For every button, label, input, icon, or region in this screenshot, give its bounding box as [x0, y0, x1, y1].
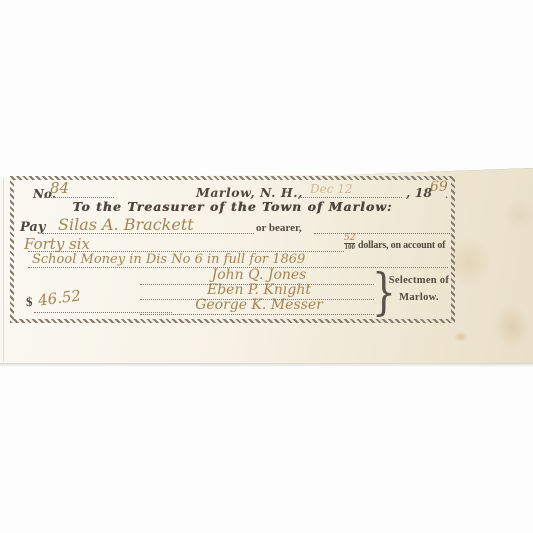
signature-handwritten-1: John Q. Jones	[144, 267, 374, 283]
dollars-account-label: dollars, on account of	[358, 240, 445, 251]
dollar-sign: $	[26, 294, 33, 310]
bearer-label: or bearer,	[256, 222, 302, 234]
paper-top-edge	[344, 166, 533, 175]
number-handwritten-value: 84	[50, 179, 69, 197]
town-order-document: No. 84 Marlow, N. H., Dec 12 , 18 69 . T…	[10, 176, 455, 323]
paper-stain	[451, 330, 471, 344]
account-handwritten-line: School Money in Dis No 6 in full for 186…	[32, 252, 305, 267]
date-dotted-rule	[298, 196, 402, 198]
cents-denominator-printed: 100	[344, 243, 355, 251]
scanned-image-canvas: No. 84 Marlow, N. H., Dec 12 , 18 69 . T…	[0, 0, 533, 533]
amount-handwritten-value: 46.52	[37, 286, 82, 309]
signature-handwritten-3: George K. Messer	[144, 297, 374, 313]
cents-fraction: 52 100	[344, 234, 355, 251]
bearer-dotted-rule	[314, 232, 450, 234]
signature-dotted-rule	[140, 313, 374, 315]
paper-bottom-shadow	[0, 363, 533, 367]
salutation-line: To the Treasurer of the Town of Marlow:	[14, 199, 451, 214]
paper-stain	[488, 296, 533, 358]
selectmen-label-line1: Selectmen of	[386, 275, 452, 286]
place-label: Marlow, N. H.,	[196, 185, 303, 200]
payee-handwritten-name: Silas A. Brackett	[58, 215, 194, 234]
selectmen-label-line2: Marlow.	[386, 292, 452, 303]
year-prefix-label: , 18	[406, 185, 432, 200]
paper-stain	[500, 194, 533, 236]
date-handwritten-value: Dec 12	[310, 182, 353, 196]
paper-left-edge	[3, 178, 4, 362]
amount-value-dotted-rule	[34, 311, 172, 313]
cents-numerator-handwritten: 52	[344, 234, 355, 243]
signature-handwritten-2: Eben P. Knight	[144, 282, 374, 298]
